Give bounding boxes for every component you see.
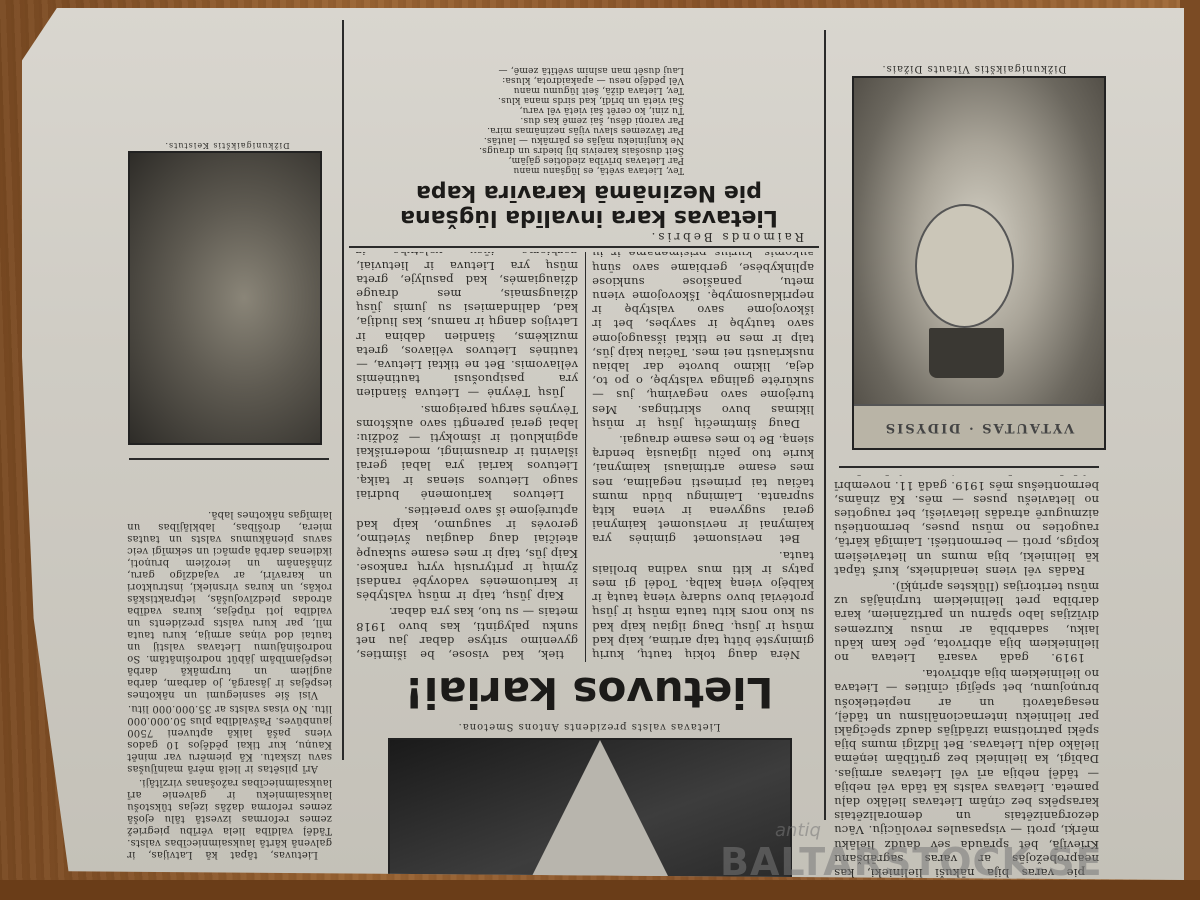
paragraph: Kaip jūsų, taip ir mūsų valstybės ir kar… — [356, 504, 578, 603]
newspaper-page: VYTAUTAS · DIDYSIS Dižkunigaikštis Vītau… — [22, 8, 1184, 880]
watermark-large: BALTARSTOCK.SE — [720, 840, 1103, 884]
lithuanian-article-col1: Nėra daug tokių tautų, kurių giminystė b… — [592, 252, 814, 662]
poem-line: Tev, Lietava svētā, es lūgšanu manu — [354, 165, 684, 175]
poem-line: Lauj dusēt man aslnim svētītā zemē, — — [354, 65, 684, 75]
lithuanian-article-col2: tiek, kad visose, be išimties, gyvenimo … — [356, 252, 578, 662]
paragraph: Radās vēl viens ienaidnieks, kurš tāpat … — [834, 475, 1099, 578]
column-divider — [342, 20, 344, 760]
column-divider-horizontal — [129, 458, 329, 460]
column-divider — [824, 30, 826, 820]
crown-shape — [929, 328, 1004, 378]
poem-author: Raimonds Bebris. — [649, 230, 804, 244]
president-caption: Lietavas valsts prezidents Antons Smeton… — [394, 721, 784, 732]
poem-headline-line2: pie Nezināmā karavīra kapa — [364, 180, 814, 205]
paragraph: Arī pilsētas ir lielā mērā mainījušas sa… — [127, 702, 332, 774]
paragraph: tiek, kad visose, be išimties, gyvenimo … — [356, 605, 578, 662]
poem-line: Ne kunjinieku mājās es pārnāku — lautās. — [354, 135, 684, 145]
paragraph: Daug šimtmečių jūsų ir mūsų likimas buvo… — [592, 252, 814, 431]
poem-line: Vēl pēdējo nesu — apakaidrota, klusa: — [354, 75, 684, 85]
paragraph: Nėra daug tokių tautų, kurių giminystė b… — [592, 548, 814, 662]
latvian-history-article: pie varas bija nākuši lielinieki, kas ne… — [834, 475, 1099, 880]
keistuts-caption: Dižkunigaikštis Keistuts. — [132, 141, 322, 150]
paragraph: Lietuvos kariuomenė budriai saugo Lietuv… — [356, 402, 578, 501]
poem-verses: Tev, Lietava svētā, es lūgšanu manu Par … — [354, 65, 684, 175]
poem-line: Šai vietā un brīdī, kad sirds mana klus. — [354, 95, 684, 105]
poem-line: Par tāvzemes slavu vijās nezināmas mira. — [354, 125, 684, 135]
poem-headline-line1: Lietavas kara invalīda lūgšana — [364, 205, 814, 230]
column-divider — [585, 252, 586, 662]
paragraph: Jūsų Tėvynė — Lietuva šiandien yra pasip… — [356, 252, 578, 400]
poem-line: Šeit dusošais kareivis bīj biedrs un dra… — [354, 145, 684, 155]
keistuts-photo — [128, 151, 322, 445]
paragraph: 1919. gadā vasarā Lietava no lieliniekie… — [834, 580, 1099, 665]
poem-line: Par Lietavas brīvība ziedoties gājām, — [354, 155, 684, 165]
poem-line: Tev, Lietava dižā, šeit lūgumu manu — [354, 85, 684, 95]
portrait-face — [915, 204, 1014, 328]
poem-line: Par varoņi dēsu, šai zemē kas dus. — [354, 115, 684, 125]
poem-line: Tu zini, ko cerēt šai vietā vēl varu, — [354, 105, 684, 115]
vytautas-caption: Dižkunigaikštis Vītauts Dižais. — [854, 63, 1094, 74]
photo-detail — [530, 740, 670, 880]
article-divider — [349, 246, 819, 248]
paragraph: Visi šie sasniegumi un nākotnes iespējas… — [127, 508, 332, 700]
watermark-small: antiq — [775, 820, 821, 841]
paragraph: Bet nevisuomet giminės yra kaimynai ir n… — [592, 433, 814, 547]
portrait-banner: VYTAUTAS · DIDYSIS — [854, 404, 1104, 448]
upside-down-content: VYTAUTAS · DIDYSIS Dižkunigaikštis Vītau… — [22, 8, 1184, 880]
latvian-economy-article: Lietuvas, tāpat kā Latvijas, ir galvenā … — [127, 465, 332, 860]
vytautas-portrait-photo: VYTAUTAS · DIDYSIS — [852, 76, 1106, 450]
paragraph: Lietuvas, tāpat kā Latvijas, ir galvenā … — [127, 776, 332, 860]
column-divider-horizontal — [839, 466, 1099, 468]
main-headline: Lietuvos kariai! — [389, 668, 789, 717]
